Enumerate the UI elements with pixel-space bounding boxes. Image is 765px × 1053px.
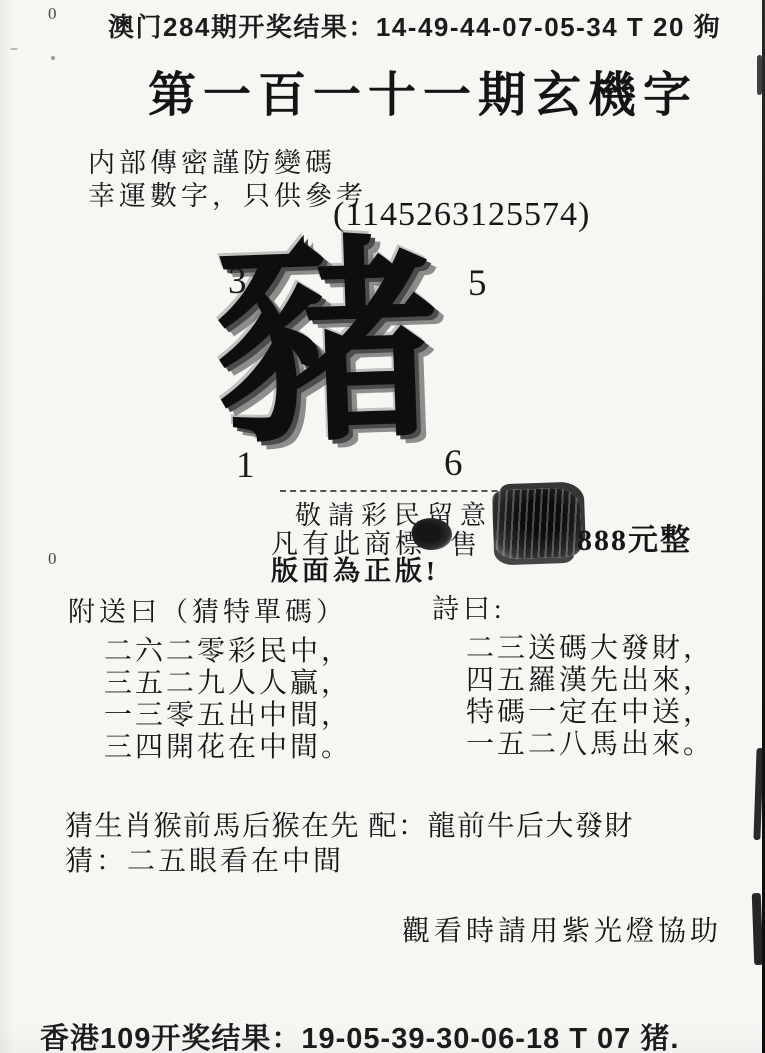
scan-edge-blot <box>757 55 762 95</box>
authenticity-line: 版面為正版! <box>271 549 439 588</box>
trademark-price: 888元整 <box>577 515 692 559</box>
bonus-poem-block: 附送曰（猜特單碼） 二六二零彩民中， 三五二九人人贏， 一三零五出中間， 三四開… <box>68 596 352 764</box>
trademark-notice-line-2-mid: 售 <box>450 523 477 562</box>
scan-mark-zero-top: 0 <box>48 4 57 24</box>
figure-number-top-right: 5 <box>468 262 487 305</box>
macau-draw-result-line: 澳门284期开奖结果：14-49-44-07-05-34 T 20 狗 <box>108 7 721 44</box>
figure-number-bottom-right: 6 <box>444 442 463 485</box>
scan-speck <box>10 48 18 50</box>
figure-number-top-left: 3 <box>228 260 247 303</box>
zodiac-guess-line: 猜生肖猴前馬后猴在先 配：龍前牛后大發財 <box>65 804 634 844</box>
lucky-number-notice-line: 幸運數字，只供參考 <box>88 174 367 213</box>
page-title: 第一百一十一期玄機字 <box>148 56 698 125</box>
ink-stamp-blob <box>492 487 582 559</box>
bonus-poem-line: 一三零五出中間， <box>104 700 352 732</box>
zodiac-pig-glyph: 豬 <box>212 234 442 460</box>
bonus-poem-line: 三四開花在中間。 <box>104 732 352 764</box>
main-poem-line: 四五羅漢先出來， <box>466 665 714 697</box>
scan-mark-zero-mid: 0 <box>48 549 57 569</box>
number-guess-line: 猜：二五眼看在中間 <box>65 839 344 879</box>
main-poem-line: 二三送碼大發財， <box>466 633 714 665</box>
main-poem-line: 特碼一定在中送， <box>466 697 714 729</box>
figure-number-bottom-left: 1 <box>236 444 255 487</box>
bonus-poem-line: 二六二零彩民中， <box>104 636 352 668</box>
bonus-poem-line: 三五二九人人贏， <box>104 668 352 700</box>
main-poem-title: 詩曰: <box>432 593 714 625</box>
hongkong-draw-result-line: 香港109开奖结果：19-05-39-30-06-18 T 07 猪. <box>40 1016 679 1053</box>
scan-speck <box>51 56 55 60</box>
uv-light-tip: 觀看時請用紫光燈協助 <box>402 909 722 949</box>
bonus-poem-title: 附送曰（猜特單碼） <box>68 596 352 628</box>
main-poem-line: 一五二八馬出來。 <box>466 729 714 761</box>
main-poem-block: 詩曰: 二三送碼大發財， 四五羅漢先出來， 特碼一定在中送， 一五二八馬出來。 <box>432 593 714 761</box>
